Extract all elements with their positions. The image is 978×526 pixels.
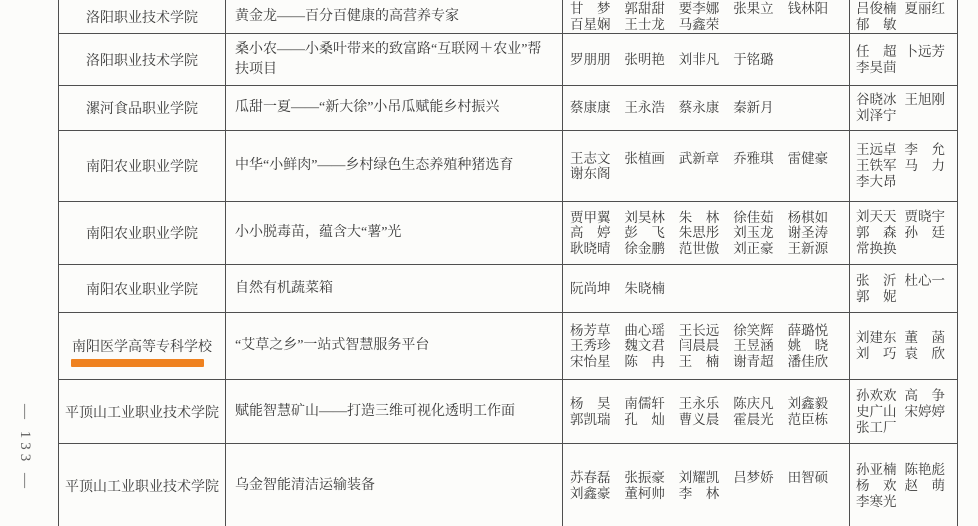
member-name: 孔 灿 [624,412,678,428]
project-title: 自然有机蔬菜箱 [235,279,333,299]
school-name-wrap: 漯河食品职业学院 [86,98,198,118]
school-name: 洛阳职业技术学院 [86,54,198,69]
members-line: 宋怡星陈 冉王 楠谢青超潘佳欣 [570,354,842,370]
school-name-wrap: 南阳医学高等专科学校 [72,336,212,356]
member-name: 张振豪 [624,470,678,486]
member-name: 甘 梦 [570,1,624,17]
members-cell: 蔡康康王永浩蔡永康秦新月 [563,86,850,130]
members-cell: 杨芳草曲心瑶王长远徐笑辉薛璐悦王秀珍魏文君闫晨晨王昱涵姚 晓宋怡星陈 冉王 楠谢… [563,313,850,379]
orange-highlight-underline [71,359,204,367]
members-line: 刘鑫豪董柯帅李 林 [570,486,842,502]
member-name: 王 楠 [679,354,733,370]
members-line: 苏春磊张振豪刘耀凯吕梦娇田智硕 [570,470,842,486]
table-row: 南阳农业职业学院自然有机蔬菜箱阮尚坤朱晓楠张 沂杜心一郭 妮 [59,265,957,313]
advisors-line: 张 沂杜心一 [856,273,953,289]
member-name: 王永乐 [679,396,733,412]
advisors-line: 孙亚楠陈艳彪 [856,462,953,478]
member-name: 刘耀凯 [679,470,733,486]
advisor-name: 刘建东 [856,330,905,346]
member-name: 徐佳茹 [733,210,787,226]
school-name-wrap: 平顶山工业职业技术学院 [65,402,219,422]
member-name: 陈庆凡 [733,396,787,412]
advisor-name: 刘 巧 [856,346,905,362]
member-name: 宋怡星 [570,354,624,370]
advisors-line: 刘泽宁 [856,108,953,124]
member-name: 吕梦娇 [733,470,787,486]
project-title: 乌金智能清洁运输装备 [235,476,375,496]
advisor-name: 常换换 [856,241,905,257]
member-name: 王新源 [788,241,842,257]
member-name: 李 林 [679,486,733,502]
advisor-name: 郭 森 [856,225,905,241]
member-name: 谢东阁 [570,166,624,182]
member-name: 曹义晨 [679,412,733,428]
member-name: 郭凯瑞 [570,412,624,428]
advisor-name: 王远卓 [856,142,905,158]
members-cell: 杨 昊南儒轩王永乐陈庆凡刘鑫毅郭凯瑞孔 灿曹义晨霍晨光范臣栋 [563,380,850,443]
advisor-name: 杨 欢 [856,478,905,494]
advisor-name: 吕俊楠 [856,1,905,17]
school-name-wrap: 平顶山工业职业技术学院 [65,476,219,496]
advisors-cell: 王远卓李 允王铁军马 力李大昂 [850,131,957,201]
member-name: 张植画 [624,151,678,167]
member-name: 王秀珍 [570,338,624,354]
member-name: 张果立 [733,1,787,17]
scanned-document-page: — 133 — 洛阳职业技术学院黄金龙——百分百健康的高营养专家甘 梦郭甜甜要李… [0,0,978,526]
member-name: 王长远 [679,323,733,339]
school-name-wrap: 南阳农业职业学院 [86,156,198,176]
advisors-line: 郁 敏 [856,17,953,33]
advisors-line: 王铁军马 力 [856,158,953,174]
advisors-line: 李寒光 [856,494,953,510]
members-line: 王秀珍魏文君闫晨晨王昱涵姚 晓 [570,338,842,354]
members-line: 耿晓晴徐金鹏范世傲刘正豪王新源 [570,241,842,257]
member-name: 曲心瑶 [624,323,678,339]
member-name: 百星娴 [570,17,624,33]
member-name: 刘玉龙 [733,225,787,241]
table-row: 南阳医学高等专科学校“艾草之乡”一站式智慧服务平台杨芳草曲心瑶王长远徐笑辉薛璐悦… [59,313,957,380]
school-cell: 南阳农业职业学院 [59,202,226,264]
project-cell: 瓜甜一夏——“新大徐”小吊瓜赋能乡村振兴 [226,86,563,130]
member-name: 徐金鹏 [624,241,678,257]
members-line: 杨 昊南儒轩王永乐陈庆凡刘鑫毅 [570,396,842,412]
members-line: 杨芳草曲心瑶王长远徐笑辉薛璐悦 [570,323,842,339]
advisor-name: 史广山 [856,404,905,420]
school-name: 平顶山工业职业技术学院 [65,406,219,421]
member-name: 秦新月 [733,100,787,116]
advisors-cell: 吕俊楠夏丽红郁 敏 [850,0,957,33]
advisor-name: 李寒光 [856,494,905,510]
advisors-cell: 刘天天贾晓宇郭 森孙 廷常换换 [850,202,957,264]
school-name: 洛阳职业技术学院 [86,11,198,26]
members-cell: 王志文张植画武新章乔雅琪雷健豪谢东阁 [563,131,850,201]
member-name: 郭甜甜 [624,1,678,17]
advisor-name: 卜远芳 [905,44,954,60]
member-name: 刘昊林 [624,210,678,226]
advisors-cell: 刘建东董 菡刘 巧袁 欣 [850,313,957,379]
member-name: 杨棋如 [788,210,842,226]
advisors-line: 王远卓李 允 [856,142,953,158]
member-name: 范臣栋 [788,412,842,428]
member-name: 耿晓晴 [570,241,624,257]
member-name: 刘非凡 [679,52,733,68]
advisors-line: 常换换 [856,241,953,257]
table-row: 平顶山工业职业技术学院乌金智能清洁运输装备苏春磊张振豪刘耀凯吕梦娇田智硕刘鑫豪董… [59,444,957,526]
project-title: 瓜甜一夏——“新大徐”小吊瓜赋能乡村振兴 [235,98,499,118]
school-cell: 南阳农业职业学院 [59,131,226,201]
table-row: 洛阳职业技术学院桑小农——小桑叶带来的致富路“互联网＋农业”帮扶项目罗朋朋张明艳… [59,34,957,86]
member-name: 刘鑫毅 [788,396,842,412]
table-row: 漯河食品职业学院瓜甜一夏——“新大徐”小吊瓜赋能乡村振兴蔡康康王永浩蔡永康秦新月… [59,86,957,131]
school-cell: 南阳农业职业学院 [59,265,226,312]
school-name-wrap: 南阳农业职业学院 [86,223,198,243]
advisor-name: 郭 妮 [856,289,905,305]
advisors-line: 任 超卜远芳 [856,44,953,60]
results-table: 洛阳职业技术学院黄金龙——百分百健康的高营养专家甘 梦郭甜甜要李娜张果立钱林阳百… [58,0,958,526]
advisors-line: 孙欢欢高 争 [856,388,953,404]
school-name: 南阳农业职业学院 [86,160,198,175]
advisor-name: 郁 敏 [856,17,905,33]
school-cell: 洛阳职业技术学院 [59,34,226,85]
member-name: 田智硕 [788,470,842,486]
advisors-line: 郭 妮 [856,289,953,305]
school-name-wrap: 洛阳职业技术学院 [86,50,198,70]
member-name: 朱 林 [679,210,733,226]
member-name: 霍晨光 [733,412,787,428]
members-cell: 贾甲翼刘昊林朱 林徐佳茹杨棋如高 婷彭 飞朱思彤刘玉龙谢圣涛耿晓晴徐金鹏范世傲刘… [563,202,850,264]
school-name: 南阳农业职业学院 [86,227,198,242]
advisor-name: 刘泽宁 [856,108,905,124]
members-cell: 罗朋朋张明艳刘非凡于铭璐 [563,34,850,85]
school-name-wrap: 洛阳职业技术学院 [86,7,198,27]
members-line: 蔡康康王永浩蔡永康秦新月 [570,100,842,116]
table-row: 南阳农业职业学院中华“小鲜肉”——乡村绿色生态养殖种猪选育王志文张植画武新章乔雅… [59,131,957,202]
members-line: 甘 梦郭甜甜要李娜张果立钱林阳 [570,1,842,17]
advisor-name: 张工厂 [856,420,905,436]
advisors-line: 吕俊楠夏丽红 [856,1,953,17]
advisor-name: 宋婷婷 [905,404,954,420]
table-row: 平顶山工业职业技术学院赋能智慧矿山——打造三维可视化透明工作面杨 昊南儒轩王永乐… [59,380,957,444]
members-cell: 苏春磊张振豪刘耀凯吕梦娇田智硕刘鑫豪董柯帅李 林 [563,444,850,526]
advisors-line: 张工厂 [856,420,953,436]
member-name: 朱思彤 [679,225,733,241]
member-name: 钱林阳 [788,1,842,17]
advisor-name: 孙欢欢 [856,388,905,404]
member-name: 南儒轩 [624,396,678,412]
advisor-name: 李大昂 [856,174,905,190]
project-cell: “艾草之乡”一站式智慧服务平台 [226,313,563,379]
advisor-name: 杜心一 [905,273,954,289]
project-cell: 桑小农——小桑叶带来的致富路“互联网＋农业”帮扶项目 [226,34,563,85]
member-name: 武新章 [679,151,733,167]
member-name: 薛璐悦 [788,323,842,339]
advisor-name: 马 力 [905,158,954,174]
advisor-name: 赵 萌 [905,478,954,494]
project-cell: 乌金智能清洁运输装备 [226,444,563,526]
page-number: — 133 — [13,396,33,500]
members-line: 百星娴王士龙马鑫荣 [570,17,842,33]
table-row: 南阳农业职业学院小小脱毒苗，蕴含大“薯”光贾甲翼刘昊林朱 林徐佳茹杨棋如高 婷彭… [59,202,957,265]
project-title: 黄金龙——百分百健康的高营养专家 [235,7,459,27]
member-name: 贾甲翼 [570,210,624,226]
advisors-line: 李昊茴 [856,60,953,76]
member-name: 于铭璐 [733,52,787,68]
members-line: 贾甲翼刘昊林朱 林徐佳茹杨棋如 [570,210,842,226]
member-name: 罗朋朋 [570,52,624,68]
member-name: 姚 晓 [788,338,842,354]
advisors-cell: 孙亚楠陈艳彪杨 欢赵 萌李寒光 [850,444,957,526]
project-title: 小小脱毒苗，蕴含大“薯”光 [235,223,401,243]
member-name: 乔雅琪 [733,151,787,167]
advisor-name: 袁 欣 [905,346,954,362]
advisor-name: 贾晓宇 [905,209,954,225]
advisors-line: 李大昂 [856,174,953,190]
member-name: 刘鑫豪 [570,486,624,502]
school-cell: 平顶山工业职业技术学院 [59,444,226,526]
member-name: 魏文君 [624,338,678,354]
advisors-line: 刘 巧袁 欣 [856,346,953,362]
advisor-name: 李昊茴 [856,60,905,76]
member-name: 杨 昊 [570,396,624,412]
project-cell: 自然有机蔬菜箱 [226,265,563,312]
member-name: 马鑫荣 [679,17,733,33]
advisor-name: 董 菡 [905,330,954,346]
members-line: 罗朋朋张明艳刘非凡于铭璐 [570,52,842,68]
member-name: 要李娜 [679,1,733,17]
project-title: “艾草之乡”一站式智慧服务平台 [235,336,429,356]
member-name: 徐笑辉 [733,323,787,339]
school-name: 南阳农业职业学院 [86,283,198,298]
members-line: 王志文张植画武新章乔雅琪雷健豪 [570,151,842,167]
project-cell: 中华“小鲜肉”——乡村绿色生态养殖种猪选育 [226,131,563,201]
members-cell: 甘 梦郭甜甜要李娜张果立钱林阳百星娴王士龙马鑫荣 [563,0,850,33]
advisor-name: 任 超 [856,44,905,60]
project-cell: 赋能智慧矿山——打造三维可视化透明工作面 [226,380,563,443]
table-row: 洛阳职业技术学院黄金龙——百分百健康的高营养专家甘 梦郭甜甜要李娜张果立钱林阳百… [59,0,957,34]
member-name: 蔡康康 [570,100,624,116]
advisors-line: 史广山宋婷婷 [856,404,953,420]
advisors-cell: 张 沂杜心一郭 妮 [850,265,957,312]
school-cell: 洛阳职业技术学院 [59,0,226,33]
advisor-name: 孙亚楠 [856,462,905,478]
member-name: 陈 冉 [624,354,678,370]
advisors-line: 刘天天贾晓宇 [856,209,953,225]
school-name-wrap: 南阳农业职业学院 [86,279,198,299]
school-name: 漯河食品职业学院 [86,102,198,117]
member-name: 雷健豪 [788,151,842,167]
member-name: 谢青超 [733,354,787,370]
advisors-line: 郭 森孙 廷 [856,225,953,241]
advisors-line: 刘建东董 菡 [856,330,953,346]
member-name: 王志文 [570,151,624,167]
school-cell: 平顶山工业职业技术学院 [59,380,226,443]
members-line: 郭凯瑞孔 灿曹义晨霍晨光范臣栋 [570,412,842,428]
member-name: 苏春磊 [570,470,624,486]
advisor-name: 王旭刚 [905,92,954,108]
member-name: 潘佳欣 [788,354,842,370]
advisor-name: 张 沂 [856,273,905,289]
member-name: 张明艳 [624,52,678,68]
advisor-name: 李 允 [905,142,954,158]
member-name: 蔡永康 [679,100,733,116]
school-name: 平顶山工业职业技术学院 [65,480,219,495]
advisor-name: 高 争 [905,388,954,404]
member-name: 彭 飞 [624,225,678,241]
member-name: 朱晓楠 [624,281,678,297]
members-line: 阮尚坤朱晓楠 [570,281,842,297]
advisor-name: 孙 廷 [905,225,954,241]
member-name: 杨芳草 [570,323,624,339]
members-line: 谢东阁 [570,166,842,182]
advisor-name: 陈艳彪 [905,462,954,478]
member-name: 王士龙 [624,17,678,33]
member-name: 刘正豪 [733,241,787,257]
advisor-name: 谷晓冰 [856,92,905,108]
member-name: 闫晨晨 [679,338,733,354]
school-name: 南阳医学高等专科学校 [72,340,212,355]
member-name: 董柯帅 [624,486,678,502]
project-cell: 小小脱毒苗，蕴含大“薯”光 [226,202,563,264]
member-name: 王昱涵 [733,338,787,354]
advisors-cell: 谷晓冰王旭刚刘泽宁 [850,86,957,130]
project-title: 赋能智慧矿山——打造三维可视化透明工作面 [235,402,515,422]
advisor-name: 夏丽红 [905,1,954,17]
member-name: 王永浩 [624,100,678,116]
advisor-name: 王铁军 [856,158,905,174]
member-name: 谢圣涛 [788,225,842,241]
member-name: 阮尚坤 [570,281,624,297]
project-cell: 黄金龙——百分百健康的高营养专家 [226,0,563,33]
school-cell: 漯河食品职业学院 [59,86,226,130]
advisors-cell: 任 超卜远芳李昊茴 [850,34,957,85]
advisor-name: 刘天天 [856,209,905,225]
member-name: 范世傲 [679,241,733,257]
project-title: 桑小农——小桑叶带来的致富路“互联网＋农业”帮扶项目 [235,40,553,80]
advisors-line: 杨 欢赵 萌 [856,478,953,494]
member-name: 高 婷 [570,225,624,241]
school-cell: 南阳医学高等专科学校 [59,313,226,379]
members-cell: 阮尚坤朱晓楠 [563,265,850,312]
members-line: 高 婷彭 飞朱思彤刘玉龙谢圣涛 [570,225,842,241]
project-title: 中华“小鲜肉”——乡村绿色生态养殖种猪选育 [235,156,513,176]
advisors-line: 谷晓冰王旭刚 [856,92,953,108]
advisors-cell: 孙欢欢高 争史广山宋婷婷张工厂 [850,380,957,443]
